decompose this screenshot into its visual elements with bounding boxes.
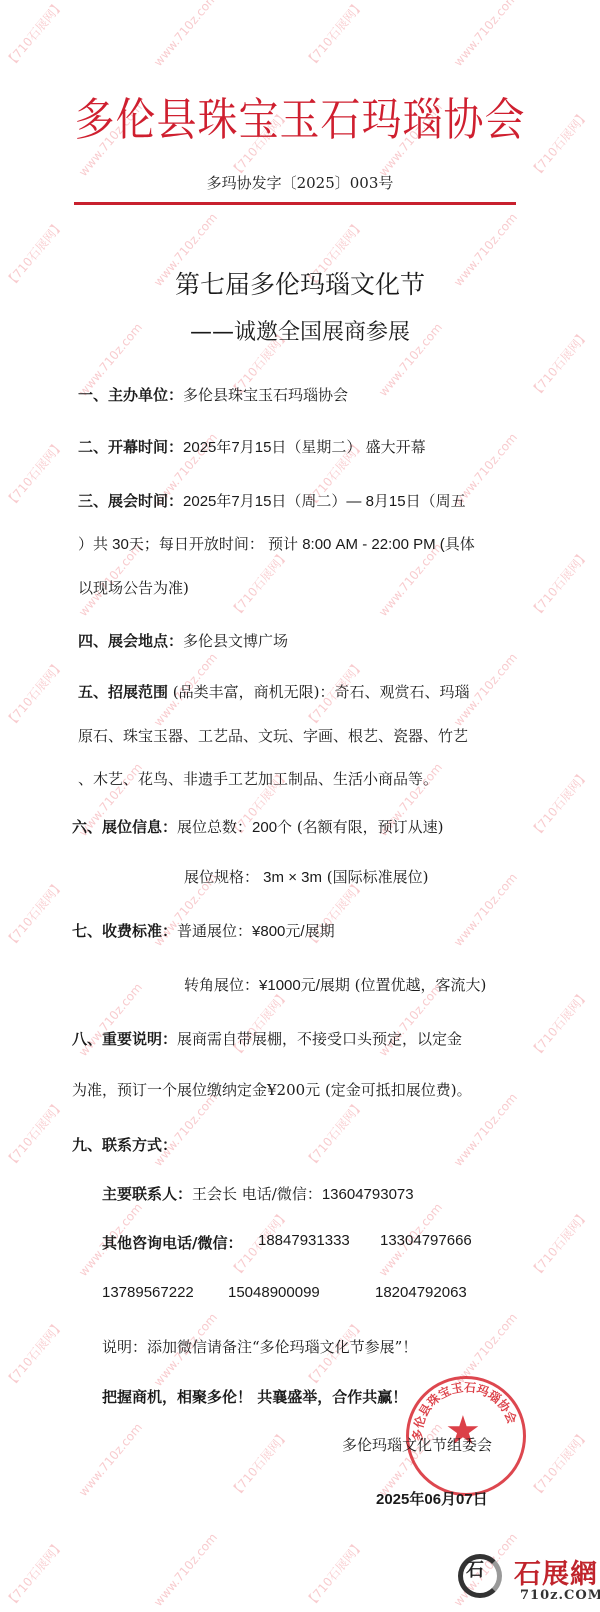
section-notice: 八、重要说明：展商需自带展棚，不接受口头预定，以定金: [72, 1028, 462, 1049]
page-title: 第七届多伦玛瑙文化节: [0, 265, 600, 301]
watermark-text: www.710z.com: [151, 1530, 220, 1609]
booth-size-note: (国际标准展位): [322, 868, 428, 886]
watermark-text: 【710石展网】: [301, 0, 367, 71]
booth-size-label: 展位规格：: [184, 868, 259, 886]
section-fees-corner: 转角展位：¥1000元/展期 (位置优越，客流大): [184, 974, 486, 995]
section-fees: 七、收费标准：普通展位：¥800元/展期: [72, 920, 335, 941]
watermark-text: www.710z.com: [76, 1420, 145, 1499]
section-label: 五、招展范围: [78, 683, 168, 701]
watermark-text: www.710z.com: [151, 1090, 220, 1169]
watermark-text: 【710石展网】: [301, 1536, 367, 1610]
logo-name-en: 710z.COM: [520, 1588, 600, 1603]
logo-glyph-icon: 石: [465, 1561, 485, 1581]
watermark-text: 【710石展网】: [526, 1206, 592, 1280]
watermark-text: 【710石展网】: [526, 1426, 592, 1500]
section-scope-line3: 、木艺、花鸟、非遗手工艺加工制品、生活小商品等。: [78, 768, 438, 789]
section-venue: 四、展会地点：多伦县文博广场: [78, 630, 288, 651]
fee-corner-label: 转角展位：: [184, 976, 259, 994]
other-contacts-label: 其他咨询电话/微信：: [102, 1234, 242, 1252]
watermark-text: 【710石展网】: [1, 1536, 67, 1610]
phone-number: 13304797666: [380, 1232, 472, 1249]
watermark-text: www.710z.com: [151, 0, 220, 69]
section-value: 多伦县文博广场: [183, 632, 288, 650]
watermark-text: www.710z.com: [451, 870, 520, 949]
committee-signature: 多伦玛瑙文化节组委会: [342, 1434, 492, 1455]
watermark-text: 【710石展网】: [226, 986, 292, 1060]
watermark-text: 【710石展网】: [526, 546, 592, 620]
watermark-text: 【710石展网】: [226, 546, 292, 620]
watermark-text: 【710石展网】: [526, 986, 592, 1060]
booth-count-label: 展位总数：: [177, 818, 252, 836]
watermark-text: 【710石展网】: [1, 0, 67, 71]
signature-date: 2025年06月07日: [376, 1488, 488, 1509]
fee-corner-value: ¥1000元/展期: [259, 977, 350, 994]
header-divider: [74, 202, 516, 205]
fee-corner-note: (位置优越，客流大): [350, 976, 486, 994]
fee-standard-value: ¥800元/展期: [252, 923, 335, 940]
watermark-text: www.710z.com: [451, 1090, 520, 1169]
primary-contact: 主要联系人：王会长 电话/微信：13604793073: [102, 1183, 414, 1204]
watermark-text: 【710石展网】: [526, 766, 592, 840]
primary-contact-phone: 13604793073: [322, 1186, 414, 1203]
section-value: 展商需自带展棚，不接受口头预定，以定金: [177, 1030, 462, 1048]
section-label: 八、重要说明：: [72, 1030, 177, 1048]
section-opening: 二、开幕时间：2025年7月15日（星期二） 盛大开幕: [78, 436, 426, 457]
phone-number: 18847931333: [258, 1232, 350, 1249]
watermark-text: 【710石展网】: [1, 876, 67, 950]
logo-name-cn: 石展網: [514, 1552, 598, 1591]
section-value: 2025年7月15日（星期二） 盛大开幕: [183, 439, 426, 456]
fee-standard-label: 普通展位：: [177, 922, 252, 940]
section-label: 六、展位信息：: [72, 818, 177, 836]
phone-number: 13789567222: [102, 1284, 194, 1301]
section-host: 一、主办单位：多伦县珠宝玉石玛瑙协会: [78, 384, 348, 405]
document-number: 多玛协发字〔2025〕003号: [0, 172, 600, 193]
section-label: 三、展会时间：: [78, 492, 183, 510]
booth-count-value: 200个: [252, 819, 292, 836]
primary-contact-name: 王会长 电话/微信：: [192, 1185, 322, 1203]
section-booth-size: 展位规格： 3m × 3m (国际标准展位): [184, 866, 428, 887]
section-value: 多伦县珠宝玉石玛瑙协会: [183, 386, 348, 404]
section-scope: 五、招展范围 (品类丰富，商机无限)：奇石、观赏石、玛瑙: [78, 681, 470, 702]
phone-number: 15048900099: [228, 1284, 320, 1301]
section-notice-line2: 为准，预订一个展位缴纳定金¥200元 (定金可抵扣展位费)。: [72, 1079, 472, 1100]
section-contact-label: 九、联系方式：: [72, 1134, 177, 1155]
section-label: 四、展会地点：: [78, 632, 183, 650]
watermark-text: www.710z.com: [451, 0, 520, 69]
site-logo[interactable]: 石 石展網 710z.COM: [450, 1548, 600, 1608]
phone-number: 18204792063: [375, 1284, 467, 1301]
primary-contact-label: 主要联系人：: [102, 1185, 192, 1203]
slogan: 把握商机，相聚多伦！ 共襄盛举，合作共赢！: [102, 1386, 407, 1407]
section-label: 二、开幕时间：: [78, 438, 183, 456]
section-booth: 六、展位信息：展位总数：200个 (名额有限，预订从速): [72, 816, 444, 837]
section-scope-line2: 原石、珠宝玉器、工艺品、文玩、字画、根艺、瓷器、竹艺: [78, 725, 468, 746]
watermark-text: 【710石展网】: [1, 1316, 67, 1390]
section-period: 三、展会时间：2025年7月15日（周二）— 8月15日（周五: [78, 490, 466, 511]
section-label: 七、收费标准：: [72, 922, 177, 940]
booth-count-note: (名额有限，预订从速): [292, 818, 443, 836]
section-value: (品类丰富，商机无限)：奇石、观赏石、玛瑙: [168, 683, 469, 701]
page-subtitle: ——诚邀全国展商参展: [0, 315, 600, 346]
wechat-note: 说明：添加微信请备注“多伦玛瑙文化节参展”！: [102, 1336, 417, 1357]
section-value: 2025年7月15日（周二）— 8月15日（周五: [183, 493, 466, 510]
section-period-line2: ）共 30天；每日开放时间： 预计 8:00 AM - 22:00 PM (具体: [78, 533, 475, 554]
section-period-line3: 以现场公告为准): [78, 577, 189, 598]
watermark-text: 【710石展网】: [301, 1096, 367, 1170]
section-label: 一、主办单位：: [78, 386, 183, 404]
watermark-text: 【710石展网】: [1, 1096, 67, 1170]
watermark-text: 【710石展网】: [1, 656, 67, 730]
watermark-text: 【710石展网】: [226, 1426, 292, 1500]
other-contacts-row1: 其他咨询电话/微信：: [102, 1232, 242, 1253]
booth-size-value: 3m × 3m: [259, 869, 322, 886]
watermark-text: 【710石展网】: [1, 436, 67, 510]
organization-header: 多伦县珠宝玉石玛瑙协会: [0, 85, 600, 149]
